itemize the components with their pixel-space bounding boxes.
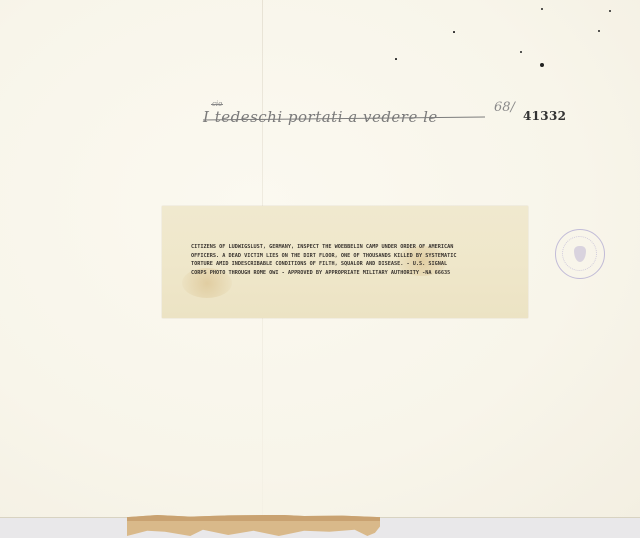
caption-slip: CITIZENS OF LUDWIGSLUST, GERMANY, INSPEC… [162, 206, 528, 318]
ink-speck [453, 31, 455, 33]
ink-speck [598, 30, 600, 32]
ink-speck [395, 58, 397, 60]
ink-seal-stamp [555, 229, 605, 279]
typed-caption: CITIZENS OF LUDWIGSLUST, GERMANY, INSPEC… [191, 243, 521, 277]
caption-line: CORPS PHOTO THROUGH ROME OWI - APPROVED … [191, 269, 521, 278]
ink-speck [540, 63, 544, 67]
tape-remnant [127, 515, 380, 536]
ink-speck [609, 10, 611, 12]
caption-line: CITIZENS OF LUDWIGSLUST, GERMANY, INSPEC… [191, 243, 521, 252]
caption-line: OFFICERS. A DEAD VICTIM LIES ON THE DIRT… [191, 252, 521, 261]
ink-speck [520, 51, 522, 53]
ink-speck [541, 8, 543, 10]
photo-back-sheet: cio I tedeschi portati a vedere le 68/ 4… [0, 0, 640, 518]
caption-line: TORTURE AMID INDESCRIBABLE CONDITIONS OF… [191, 260, 521, 269]
handwritten-correction: cio [212, 100, 222, 108]
tape-band [127, 515, 380, 521]
handwritten-note: I tedeschi portati a vedere le [203, 108, 438, 126]
handwritten-number: 68/ [494, 100, 515, 115]
stamped-archive-number: 41332 [523, 109, 566, 123]
